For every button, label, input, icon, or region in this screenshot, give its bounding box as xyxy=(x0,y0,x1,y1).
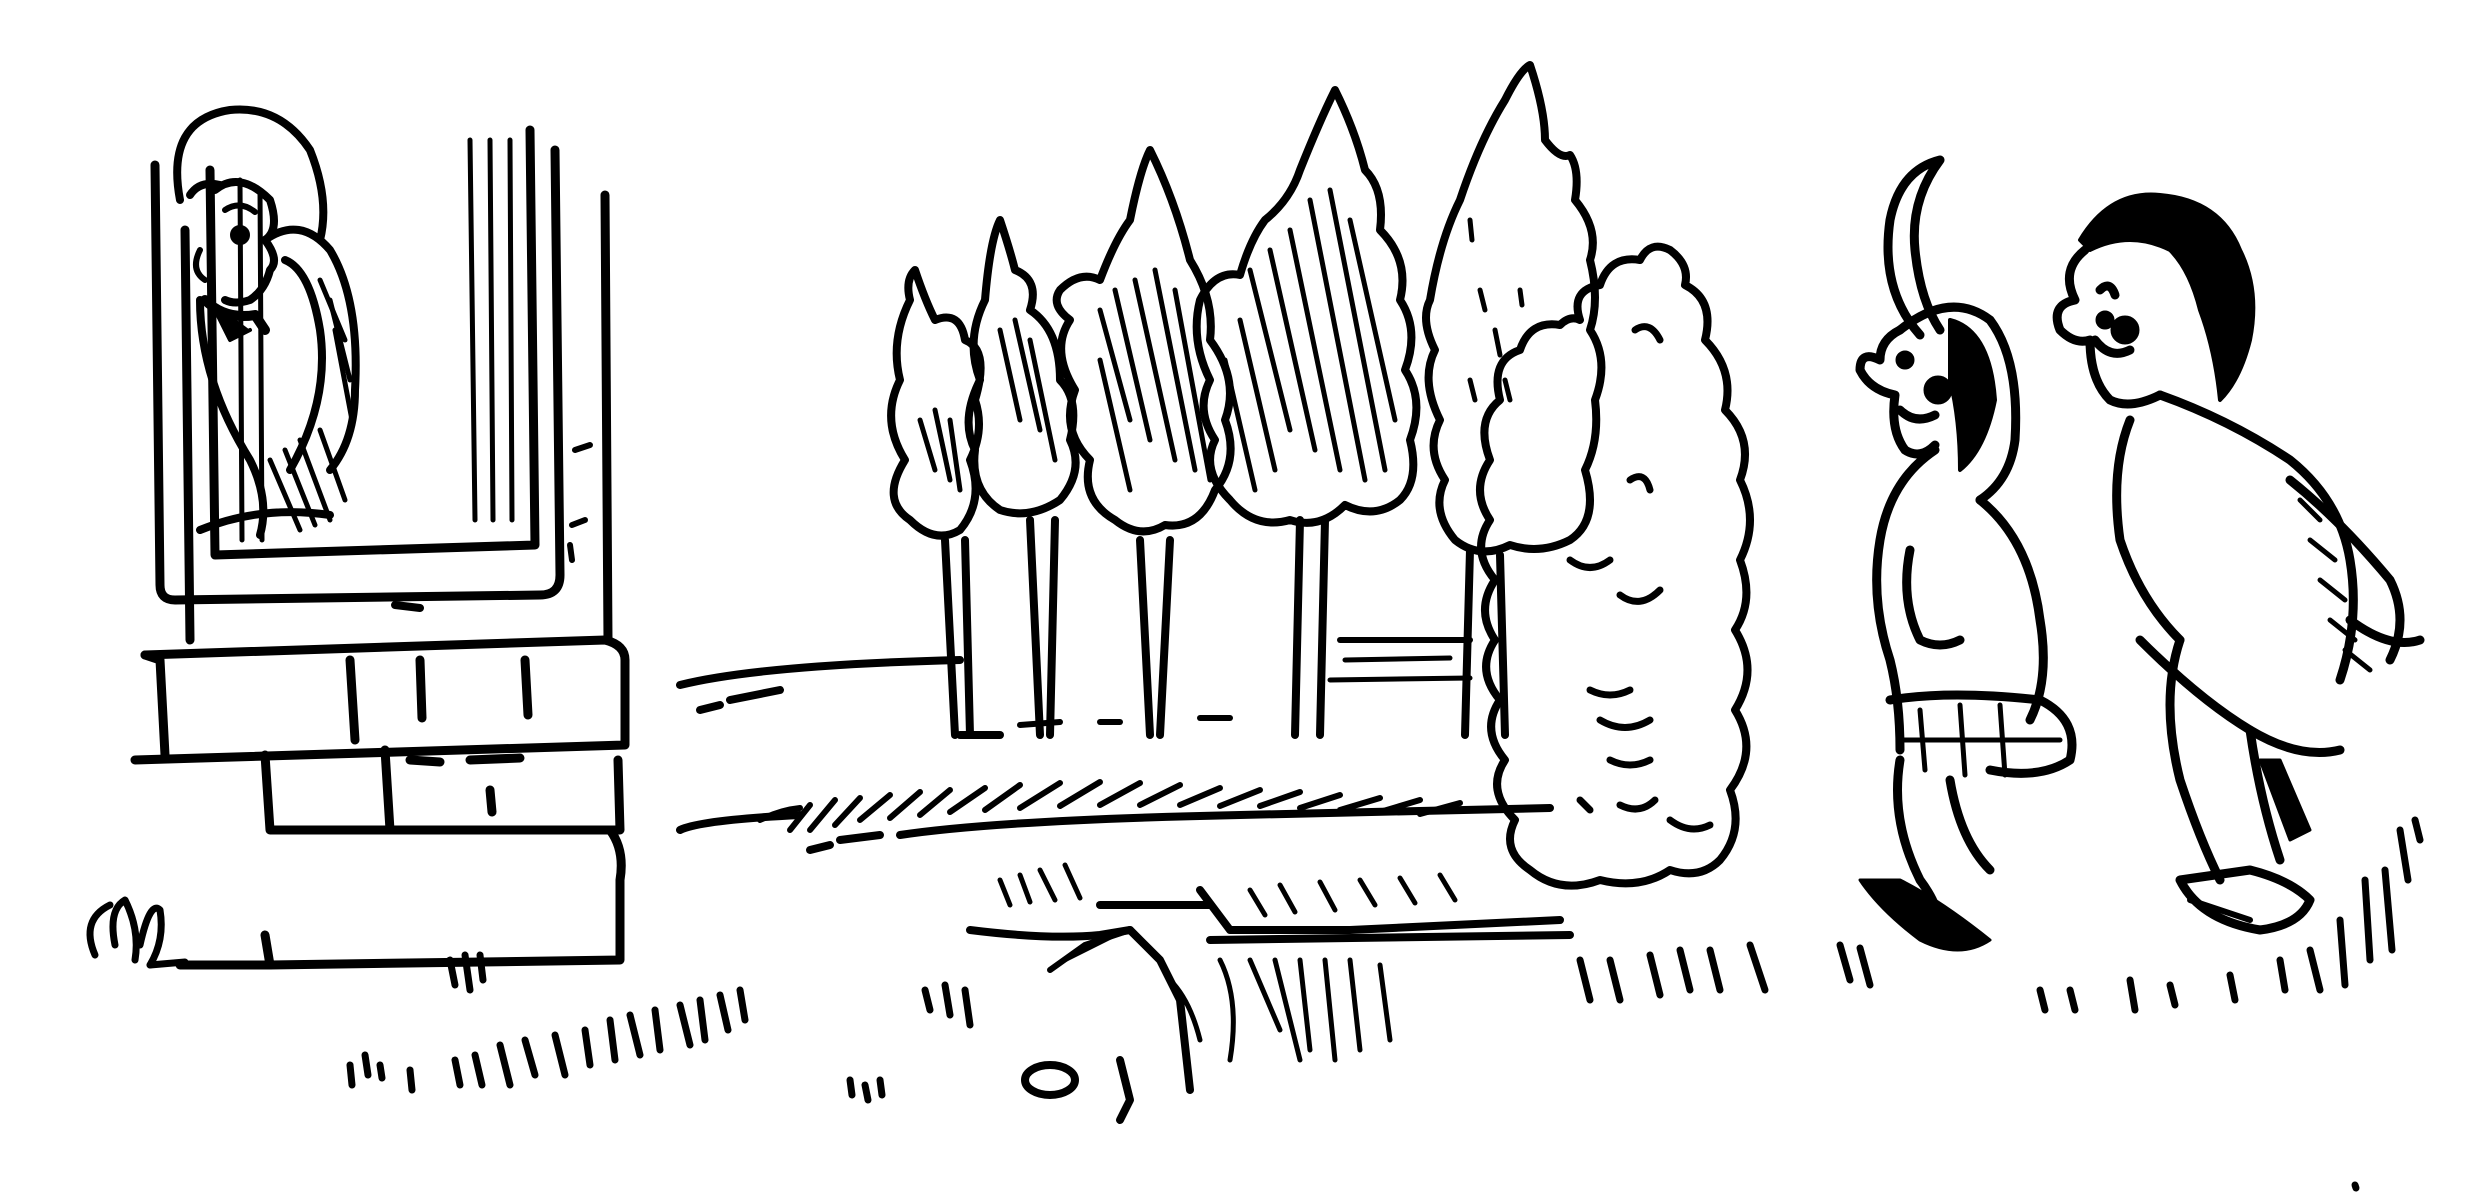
child-one xyxy=(1860,160,2072,950)
ditch-with-plank xyxy=(970,865,1570,1120)
man-in-window xyxy=(177,110,356,536)
ground-path xyxy=(680,640,1550,850)
grass-tuft-left xyxy=(90,900,483,990)
illustration-canvas xyxy=(0,0,2480,1200)
illustration: A man in a cap leans out of a window of … xyxy=(0,0,2480,1200)
bush xyxy=(1480,247,1750,886)
building xyxy=(135,130,625,965)
child-two xyxy=(2057,195,2420,930)
